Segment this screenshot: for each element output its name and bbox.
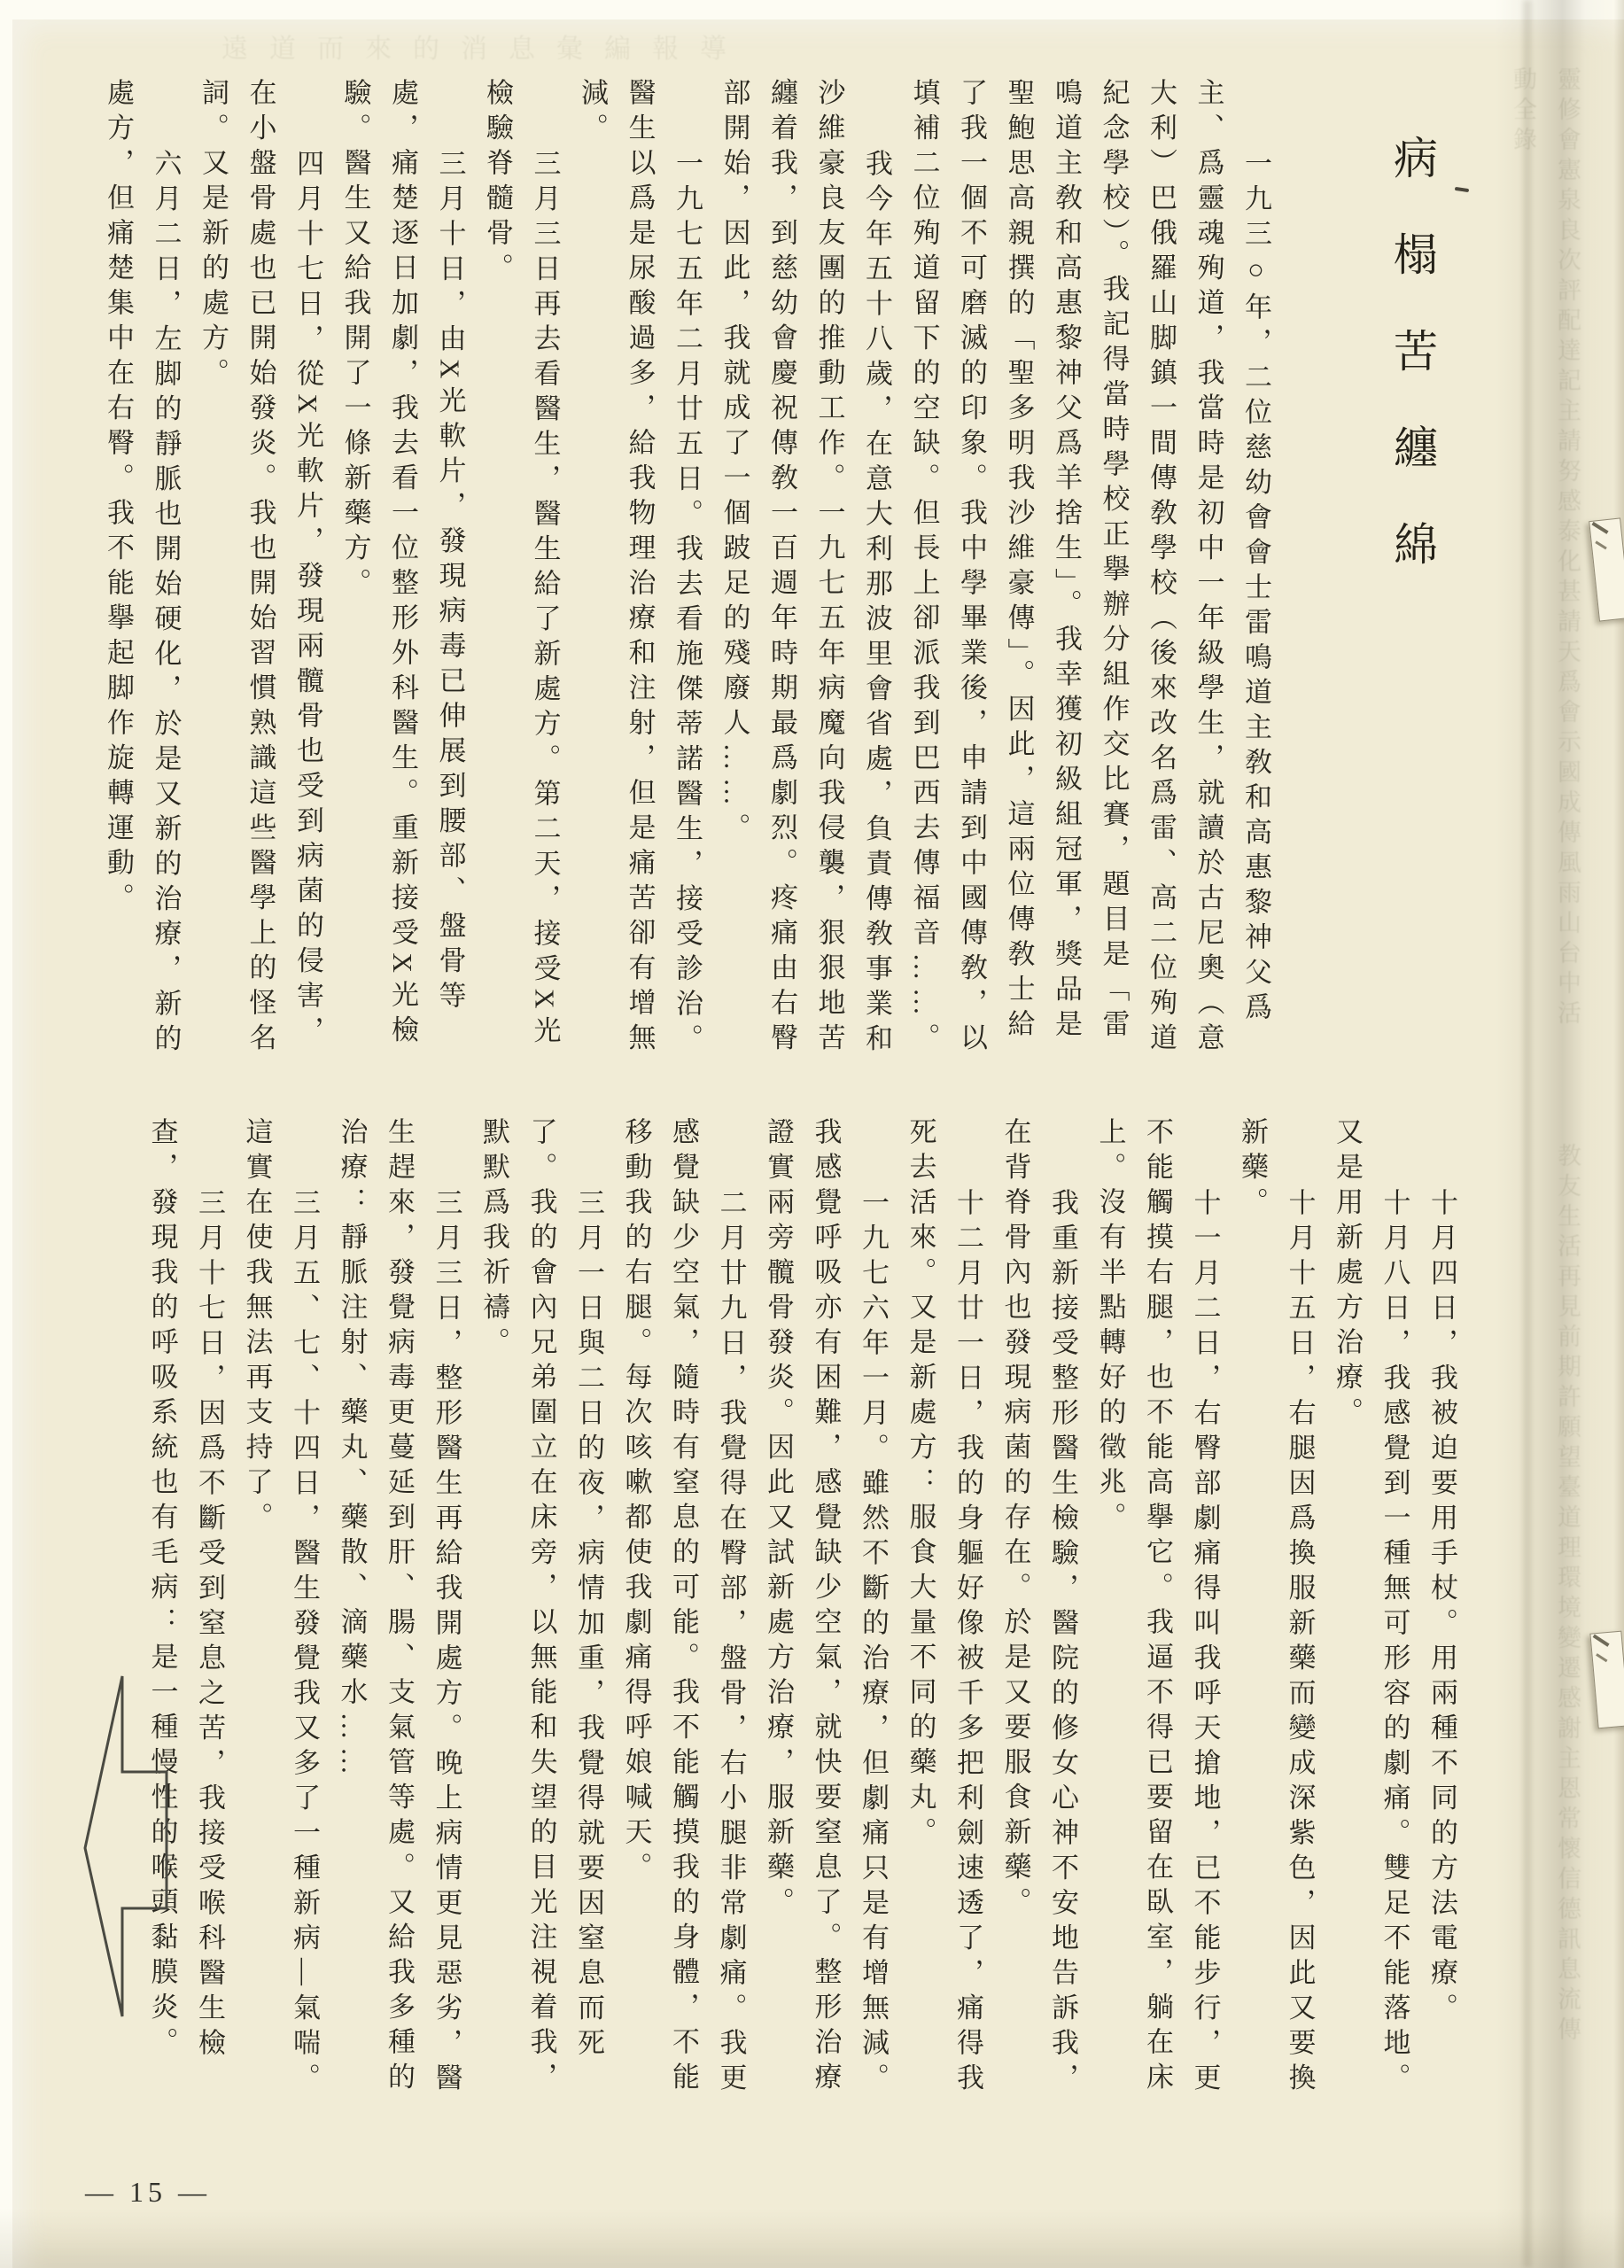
paragraph: 三月十日，由X光軟片，發現病毒已伸展到腰部、盤骨等處，痛楚逐日加劇，我去看一位整… (331, 78, 474, 1068)
paragraph: 二月廿九日，我覺得在臀部，盤骨，右小腿非常劇痛。我更感覺缺少空氣，隨時有窒息的可… (612, 1117, 755, 2108)
paragraph: 三月三日再去看醫生，醫生給了新處方。第二天，接受X光檢驗脊髓骨。 (474, 78, 569, 1068)
bleedthrough-text: 靈修會憲泉良次評配達記主請努感泰化甚請天爲會示國成傳風雨山台中活動全錄 (1455, 66, 1589, 1054)
paragraph: 三月一日與二日的夜，病情加重，我覺得就要因窒息而死了。我的會內兄弟圍立在床旁，以… (470, 1117, 613, 2108)
left-arrow-icon (80, 1671, 172, 2020)
paragraph: 一九七六年一月。雖然不斷的治療，但劇痛只是有增無減。我感覺呼吸亦有困難，感覺缺少… (755, 1117, 897, 2108)
paragraph: 三月五、七、十四日，醫生發覺我又多了一種新病—氣喘。這實在使我無法再支持了。 (233, 1117, 328, 2108)
staple-mark (1595, 540, 1606, 549)
upper-text-block: 一九三○年，二位慈幼會會士雷鳴道主敎和高惠黎神父爲主、爲靈魂殉道，我當時是初中一… (43, 78, 1279, 1068)
paragraph: 十二月廿一日，我的身軀好像被千多把利劍速透了，痛得我死去活來。又是新處方：服食大… (897, 1117, 991, 2108)
paragraph: 一九三○年，二位慈幼會會士雷鳴道主敎和高惠黎神父爲主、爲靈魂殉道，我當時是初中一… (900, 78, 1279, 1068)
paragraph: 十月十五日，右腿因爲換服新藥而變成深紫色，因此又要換新藥。 (1229, 1117, 1324, 2108)
scanned-magazine-page: 遠道而來的消息彙編報導 靈修會憲泉良次評配達記主請努感泰化甚請天爲會示國成傳風雨… (0, 0, 1624, 2268)
paragraph: 六月二日，左脚的靜脈也開始硬化，於是又新的治療，新的處方，但痛楚集中在右臀。我不… (95, 78, 190, 1068)
article-title: 病榻苦纏綿 (1380, 135, 1444, 702)
bleedthrough-text: 教友生活再見前期許願望臺道理環境變遷感謝主恩常懷信德訊息流傳 (1455, 1143, 1589, 2082)
paragraph: 十月四日，我被迫要用手杖。用兩種不同的方法電療。 (1418, 1117, 1466, 2108)
bottom-edge-shading (0, 2208, 1624, 2268)
paragraph: 我今年五十八歲，在意大利那波里會省處，負責傳敎事業和沙維豪良友團的推動工作。一九… (711, 78, 900, 1068)
lower-text-block: 十月四日，我被迫要用手杖。用兩種不同的方法電療。 十月八日，我感覺到一種無可形容… (136, 1117, 1465, 2108)
paragraph: 三月三日，整形醫生再給我開處方。晚上病情更見惡劣，醫生趕來，發覺病毒更蔓延到肝、… (328, 1117, 470, 2108)
paragraph: 一九七五年二月廿五日。我去看施傑蒂諾醫生，接受診治。醫生以爲是尿酸過多，給我物理… (569, 78, 711, 1068)
paragraph: 十一月二日，右臀部劇痛得叫我呼天搶地，已不能步行，更不能觸摸右腿，也不能高擧它。… (1086, 1117, 1229, 2108)
staple-mark (1596, 1653, 1607, 1662)
paragraph: 我重新接受整形醫生檢驗，醫院的修女心神不安地告訴我，在背脊骨內也發現病菌的存在。… (991, 1117, 1086, 2108)
paragraph: 十月八日，我感覺到一種無可形容的劇痛。雙足不能落地。又是用新處方治療。 (1324, 1117, 1418, 2108)
paragraph: 四月十七日，從X光軟片，發現兩髖骨也受到病菌的侵害，在小盤骨處也已開始發炎。我也… (190, 78, 332, 1068)
staple-mark (1593, 1635, 1610, 1647)
fold-shadow (1523, 0, 1532, 2268)
staple-mark (1591, 522, 1608, 534)
page-number: — 15 — (85, 2176, 211, 2209)
bleedthrough-text: 遠道而來的消息彙編報導 (221, 27, 1285, 73)
